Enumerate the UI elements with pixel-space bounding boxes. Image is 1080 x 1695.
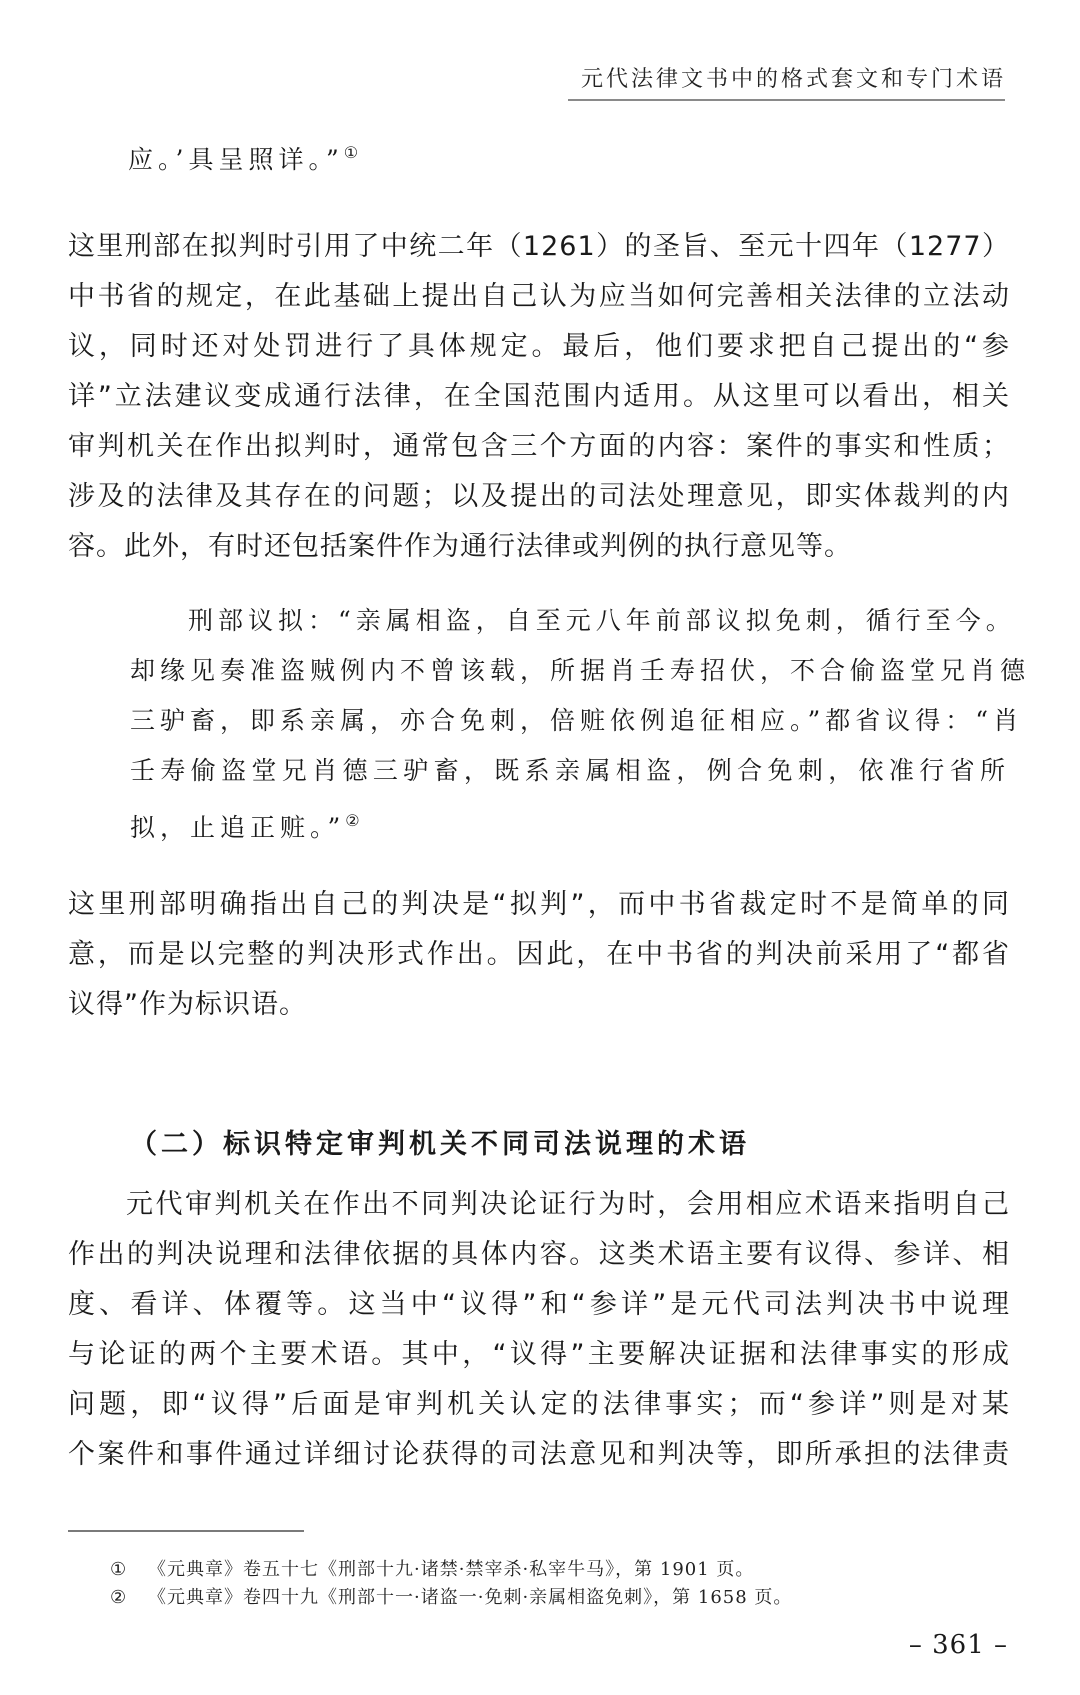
opening-quote-text: 应。’具呈照详。” [70, 145, 344, 174]
block-quote: 刑部议拟：“亲属相盗，自至元八年前部议拟免刺，循行至今。 却缘见奏准盗贼例内不曾… [130, 596, 1010, 853]
paragraph-1-line: 详”立法建议变成通行法律，在全国范围内适用。从这里可以看出，相关 [68, 372, 1010, 422]
footnote-1: ①《元典章》卷五十七《刑部十九·诸禁·禁宰杀·私宰牛马》，第 1901 页。 [110, 1556, 792, 1584]
header-rule [568, 99, 1005, 101]
paragraph-3: 元代审判机关在作出不同判决论证行为时，会用相应术语来指明自己 作出的判决说理和法… [68, 1180, 1010, 1480]
page-number: – 361 – [909, 1630, 1008, 1660]
paragraph-3-line: 与论证的两个主要术语。其中，“议得”主要解决证据和法律事实的形成 [68, 1330, 1010, 1380]
footnote-ref-2[interactable]: ② [345, 811, 359, 830]
paragraph-1-line: 审判机关在作出拟判时，通常包含三个方面的内容：案件的事实和性质； [68, 422, 1010, 472]
opening-quote-tail: 应。’具呈照详。”① [70, 128, 1010, 185]
footnote-text: 《元典章》卷五十七《刑部十九·诸禁·禁宰杀·私宰牛马》，第 1901 页。 [148, 1559, 754, 1580]
paragraph-1-line: 议，同时还对处罚进行了具体规定。最后，他们要求把自己提出的“参 [68, 322, 1010, 372]
footnote-marker: ① [110, 1556, 148, 1584]
paragraph-2-line: 这里刑部明确指出自己的判决是“拟判”，而中书省裁定时不是简单的同 [68, 880, 1010, 930]
block-quote-line: 拟，止追正赃。” [130, 813, 345, 842]
running-header-title: 元代法律文书中的格式套文和专门术语 [570, 62, 1006, 93]
paragraph-2: 这里刑部明确指出自己的判决是“拟判”，而中书省裁定时不是简单的同 意，而是以完整… [68, 880, 1010, 1030]
footnote-text: 《元典章》卷四十九《刑部十一·诸盗一·免刺·亲属相盗免刺》，第 1658 页。 [148, 1587, 792, 1608]
footnote-rule [68, 1530, 304, 1532]
paragraph-3-line: 度、看详、体覆等。这当中“议得”和“参详”是元代司法判决书中说理 [68, 1280, 1010, 1330]
footnotes: ①《元典章》卷五十七《刑部十九·诸禁·禁宰杀·私宰牛马》，第 1901 页。 ②… [110, 1556, 792, 1612]
footnote-ref-1[interactable]: ① [344, 143, 358, 162]
paragraph-2-line: 议得”作为标识语。 [68, 980, 1010, 1030]
paragraph-3-line: 作出的判决说理和法律依据的具体内容。这类术语主要有议得、参详、相 [68, 1230, 1010, 1280]
block-quote-line: 壬寿偷盗堂兄肖德三驴畜，既系亲属相盗，例合免刺，依准行省所 [130, 746, 1010, 796]
paragraph-3-line: 问题，即“议得”后面是审判机关认定的法律事实；而“参详”则是对某 [68, 1380, 1010, 1430]
paragraph-1-line: 这里刑部在拟判时引用了中统二年（1261）的圣旨、至元十四年（1277） [68, 222, 1010, 272]
block-quote-line: 三驴畜，即系亲属，亦合免刺，倍赃依例追征相应。”都省议得：“肖 [130, 696, 1010, 746]
block-quote-line: 刑部议拟：“亲属相盗，自至元八年前部议拟免刺，循行至今。 [130, 596, 1010, 646]
block-quote-line: 却缘见奏准盗贼例内不曾该载，所据肖壬寿招伏，不合偷盗堂兄肖德 [130, 646, 1010, 696]
footnote-2: ②《元典章》卷四十九《刑部十一·诸盗一·免刺·亲属相盗免刺》，第 1658 页。 [110, 1584, 792, 1612]
paragraph-1-line: 容。此外，有时还包括案件作为通行法律或判例的执行意见等。 [68, 522, 1010, 572]
paragraph-1-line: 中书省的规定，在此基础上提出自己认为应当如何完善相关法律的立法动 [68, 272, 1010, 322]
paragraph-1: 这里刑部在拟判时引用了中统二年（1261）的圣旨、至元十四年（1277） 中书省… [68, 222, 1010, 572]
paragraph-1-line: 涉及的法律及其存在的问题；以及提出的司法处理意见，即实体裁判的内 [68, 472, 1010, 522]
paragraph-2-line: 意，而是以完整的判决形式作出。因此，在中书省的判决前采用了“都省 [68, 930, 1010, 980]
block-quote-line-last: 拟，止追正赃。”② [130, 796, 1010, 853]
paragraph-3-line: 个案件和事件通过详细讨论获得的司法意见和判决等，即所承担的法律责 [68, 1430, 1010, 1480]
footnote-marker: ② [110, 1584, 148, 1612]
section-heading: （二）标识特定审判机关不同司法说理的术语 [130, 1122, 750, 1161]
paragraph-3-line: 元代审判机关在作出不同判决论证行为时，会用相应术语来指明自己 [68, 1180, 1010, 1230]
